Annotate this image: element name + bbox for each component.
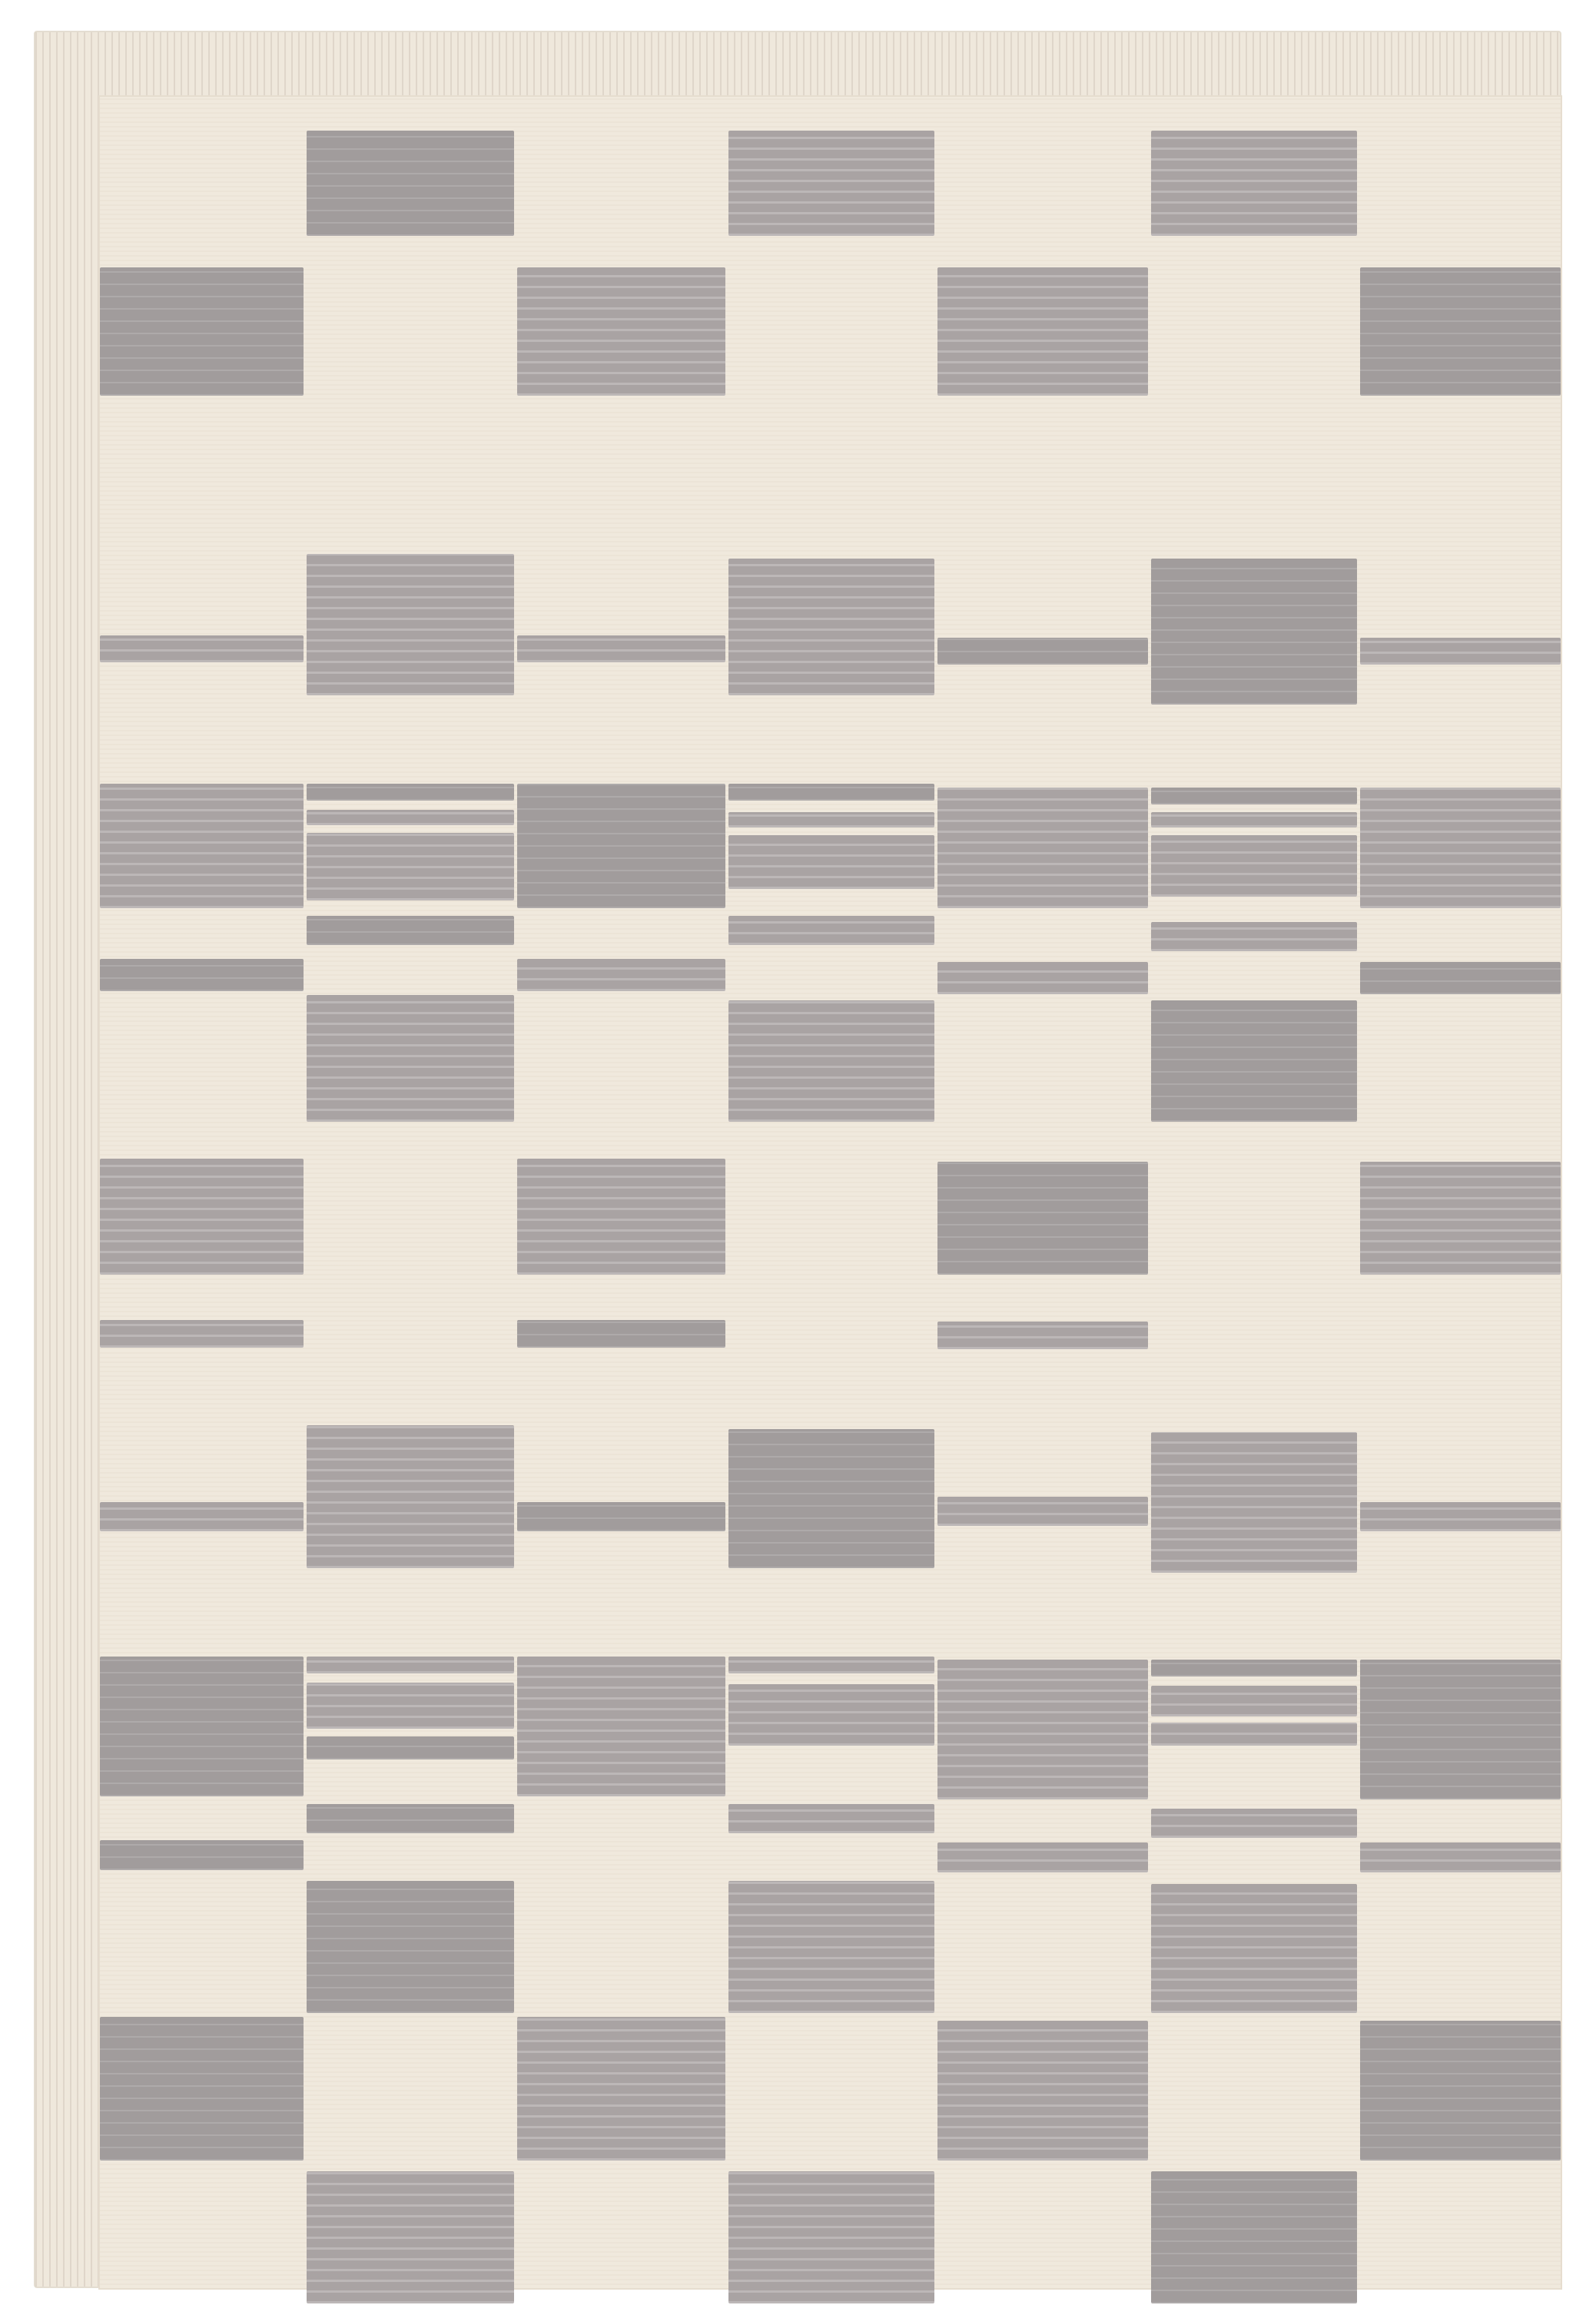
- gray-block: [517, 635, 725, 662]
- gray-block: [1360, 1162, 1561, 1275]
- gray-block: [307, 1657, 514, 1673]
- gray-block: [1360, 1660, 1561, 1799]
- gray-block: [307, 1683, 514, 1729]
- gray-block: [1360, 2021, 1561, 2161]
- gray-block: [1360, 962, 1561, 994]
- rug: [34, 31, 1561, 2288]
- gray-block: [100, 1159, 304, 1275]
- gray-block: [517, 1159, 725, 1275]
- gray-block: [1151, 922, 1357, 951]
- gray-block: [937, 1660, 1148, 1799]
- gray-block: [937, 267, 1148, 396]
- gray-block: [1151, 1723, 1357, 1746]
- gray-block: [937, 638, 1148, 665]
- gray-block: [100, 1840, 304, 1870]
- gray-block: [307, 995, 514, 1122]
- gray-block: [728, 812, 934, 827]
- gray-block: [307, 1804, 514, 1833]
- gray-block: [937, 1497, 1148, 1526]
- gray-block: [517, 1502, 725, 1531]
- gray-block: [728, 1000, 934, 1122]
- gray-block: [100, 1657, 304, 1796]
- gray-block: [728, 2171, 934, 2303]
- gray-block: [937, 1162, 1148, 1275]
- gray-block: [1151, 1660, 1357, 1677]
- gray-block: [307, 554, 514, 695]
- gray-block: [100, 267, 304, 396]
- gray-block: [728, 1429, 934, 1568]
- gray-block: [728, 1657, 934, 1673]
- gray-block: [1151, 1000, 1357, 1122]
- gray-block: [728, 784, 934, 801]
- gray-block: [100, 1502, 304, 1531]
- gray-block: [937, 2021, 1148, 2161]
- gray-block: [517, 267, 725, 396]
- gray-block: [1151, 1884, 1357, 2013]
- gray-block: [1151, 1686, 1357, 1716]
- gray-block: [937, 1322, 1148, 1349]
- gray-block: [517, 784, 725, 908]
- gray-block: [1360, 638, 1561, 665]
- gray-block: [937, 788, 1148, 908]
- gray-block: [1151, 559, 1357, 705]
- gray-block: [728, 1684, 934, 1746]
- gray-block: [517, 1657, 725, 1796]
- gray-block: [1151, 812, 1357, 827]
- gray-block: [517, 2017, 725, 2161]
- gray-block: [1151, 835, 1357, 897]
- gray-block: [728, 131, 934, 236]
- gray-block: [1151, 2171, 1357, 2303]
- gray-block: [307, 131, 514, 236]
- gray-block: [937, 962, 1148, 994]
- gray-block: [1151, 1432, 1357, 1573]
- gray-block: [100, 2017, 304, 2161]
- gray-block: [517, 1320, 725, 1348]
- rug-field: [98, 95, 1562, 2290]
- gray-block: [728, 835, 934, 889]
- gray-block: [307, 916, 514, 945]
- gray-block: [937, 1842, 1148, 1872]
- gray-block: [307, 784, 514, 801]
- gray-block: [1151, 131, 1357, 236]
- gray-block: [1360, 1842, 1561, 1872]
- gray-block: [100, 784, 304, 908]
- gray-block: [728, 1881, 934, 2013]
- gray-block: [307, 810, 514, 825]
- gray-block: [100, 959, 304, 991]
- gray-block: [100, 635, 304, 662]
- gray-block: [307, 1425, 514, 1568]
- gray-block: [1151, 1809, 1357, 1838]
- gray-block: [1360, 267, 1561, 396]
- gray-block: [1360, 788, 1561, 908]
- gray-block: [1360, 1502, 1561, 1531]
- gray-block: [307, 1881, 514, 2013]
- gray-block: [517, 959, 725, 991]
- gray-block: [307, 2171, 514, 2303]
- gray-block: [728, 559, 934, 695]
- gray-block: [1151, 788, 1357, 804]
- gray-block: [100, 1320, 304, 1348]
- gray-block: [728, 916, 934, 945]
- gray-block: [307, 833, 514, 900]
- gray-block: [307, 1736, 514, 1759]
- gray-block: [728, 1804, 934, 1833]
